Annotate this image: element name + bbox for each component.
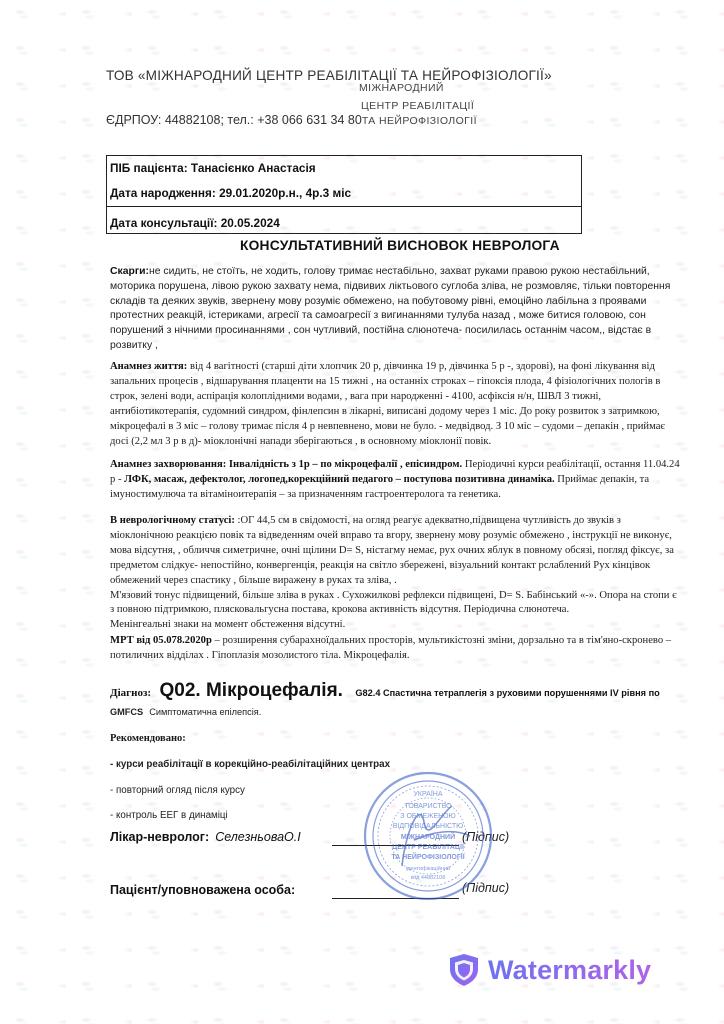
stamp-text-line-2: ЦЕНТР РЕАБІЛІТАЦІЇ bbox=[361, 100, 474, 112]
diagnosis-continuation: GMFCSСимптоматична епілепсія. bbox=[110, 707, 261, 717]
patient-info-table: ПІБ пацієнта: Танасієнко Анастасія Дата … bbox=[106, 155, 582, 234]
mri-section: МРТ від 05.078.2020р – розширення субара… bbox=[110, 634, 680, 664]
neuro-status-label: В неврологічному статусі: bbox=[110, 515, 235, 526]
complaints-section: Скарги:не сидить, не стоїть, не ходить, … bbox=[110, 265, 680, 354]
life-history-label: Анамнез життя: bbox=[110, 361, 187, 372]
svg-text:ТА НЕЙРОФІЗІОЛОГІЇ: ТА НЕЙРОФІЗІОЛОГІЇ bbox=[391, 852, 465, 861]
edrpou-phone: ЄДРПОУ: 44882108; тел.: +38 066 631 34 8… bbox=[106, 113, 362, 127]
life-history-section: Анамнез життя: від 4 вагітності (старші … bbox=[110, 360, 680, 449]
svg-text:код 44882108: код 44882108 bbox=[411, 875, 446, 881]
svg-text:МІЖНАРОДНИЙ: МІЖНАРОДНИЙ bbox=[401, 832, 455, 841]
company-contacts: ЄДРПОУ: 44882108; тел.: +38 066 631 34 8… bbox=[106, 113, 477, 127]
table-divider bbox=[107, 206, 581, 207]
complaints-label: Скарги: bbox=[110, 266, 149, 277]
consultation-date: Дата консультації: 20.05.2024 bbox=[110, 216, 280, 230]
recommendation-item: - контроль ЕЕГ в динаміці bbox=[110, 810, 228, 821]
neuro-status-text-3: Менінгеальні знаки на момент обстеження … bbox=[110, 619, 345, 630]
neuro-status-section: В неврологічному статусі: :ОГ 44,5 см в … bbox=[110, 514, 680, 633]
diagnosis-gmfcs: GMFCS bbox=[110, 707, 143, 717]
mri-label: МРТ від 05.078.2020р bbox=[110, 635, 212, 646]
shield-icon bbox=[448, 953, 480, 987]
watermarkly-watermark: Watermarkly bbox=[448, 953, 651, 987]
consultation-document: ТОВ «МІЖНАРОДНИЙ ЦЕНТР РЕАБІЛІТАЦІЇ ТА Н… bbox=[0, 0, 724, 1024]
doctor-role: Лікар-невролог: bbox=[110, 830, 209, 844]
diagnosis-secondary: G82.4 Спастична тетраплегія з руховими п… bbox=[355, 688, 659, 698]
svg-text:ВІДПОВІДАЛЬНІСТЮ: ВІДПОВІДАЛЬНІСТЮ bbox=[393, 823, 463, 830]
diagnosis-epilepsy: Симптоматична епілепсія. bbox=[149, 707, 261, 717]
svg-text:ідентифікаційний: ідентифікаційний bbox=[406, 865, 450, 872]
disease-history-label: Анамнез захворювання: bbox=[110, 459, 226, 470]
patient-birth-date: Дата народження: 29.01.2020р.н., 4р.3 мі… bbox=[110, 186, 351, 200]
recommendations-title: Рекомендовано: bbox=[110, 733, 186, 744]
patient-signature-label: Пацієнт/уповноважена особа: bbox=[110, 883, 295, 897]
diagnosis-label: Діагноз: bbox=[110, 687, 151, 699]
neuro-status-text-2: М'язовий тонус підвищений, більше зліва … bbox=[110, 590, 677, 616]
disease-history-bold-2: ЛФК, масаж, дефектолог, логопед,корекцій… bbox=[124, 474, 555, 485]
complaints-text: не сидить, не стоїть, не ходить, голову … bbox=[110, 266, 670, 351]
life-history-text: від 4 вагітності (старші діти хлопчик 20… bbox=[110, 361, 665, 447]
diagnosis-main: Q02. Мікроцефалія. bbox=[160, 680, 343, 701]
diagnosis-section: Діагноз: Q02. Мікроцефалія. G82.4 Спасти… bbox=[110, 680, 660, 702]
recommendation-item: - курси реабілітації в корекційно-реабіл… bbox=[110, 759, 390, 770]
svg-text:ЦЕНТР РЕАБІЛІТАЦІЇ: ЦЕНТР РЕАБІЛІТАЦІЇ bbox=[392, 843, 465, 851]
document-title: КОНСУЛЬТАТИВНИЙ ВИСНОВОК НЕВРОЛОГА bbox=[240, 238, 560, 253]
company-name: ТОВ «МІЖНАРОДНИЙ ЦЕНТР РЕАБІЛІТАЦІЇ ТА Н… bbox=[106, 68, 552, 83]
svg-text:З ОБМЕЖЕНОЮ: З ОБМЕЖЕНОЮ bbox=[400, 813, 455, 820]
patient-name: ПІБ пацієнта: Танасієнко Анастасія bbox=[110, 161, 316, 175]
svg-text:УКРАЇНА: УКРАЇНА bbox=[413, 790, 442, 798]
stamp-text-line-1: МІЖНАРОДНИЙ bbox=[359, 82, 444, 94]
recommendation-item: - повторний огляд після курсу bbox=[110, 785, 245, 796]
stamp-text-line-3: ТА НЕЙРОФІЗІОЛОГІЇ bbox=[362, 115, 477, 127]
disease-history-section: Анамнез захворювання: Інвалідність з 1р … bbox=[110, 458, 680, 503]
doctor-name: СелезньоваО.І bbox=[215, 830, 301, 844]
disease-history-bold-1: Інвалідність з 1р – по мікроцефалії , еп… bbox=[226, 459, 462, 470]
svg-text:ТОВАРИСТВО: ТОВАРИСТВО bbox=[404, 803, 452, 810]
official-stamp-icon: УКРАЇНА ТОВАРИСТВО З ОБМЕЖЕНОЮ ВІДПОВІДА… bbox=[362, 770, 494, 902]
watermark-text: Watermarkly bbox=[488, 955, 651, 986]
doctor-signature-label: Лікар-невролог:СелезньоваО.І bbox=[110, 830, 301, 844]
